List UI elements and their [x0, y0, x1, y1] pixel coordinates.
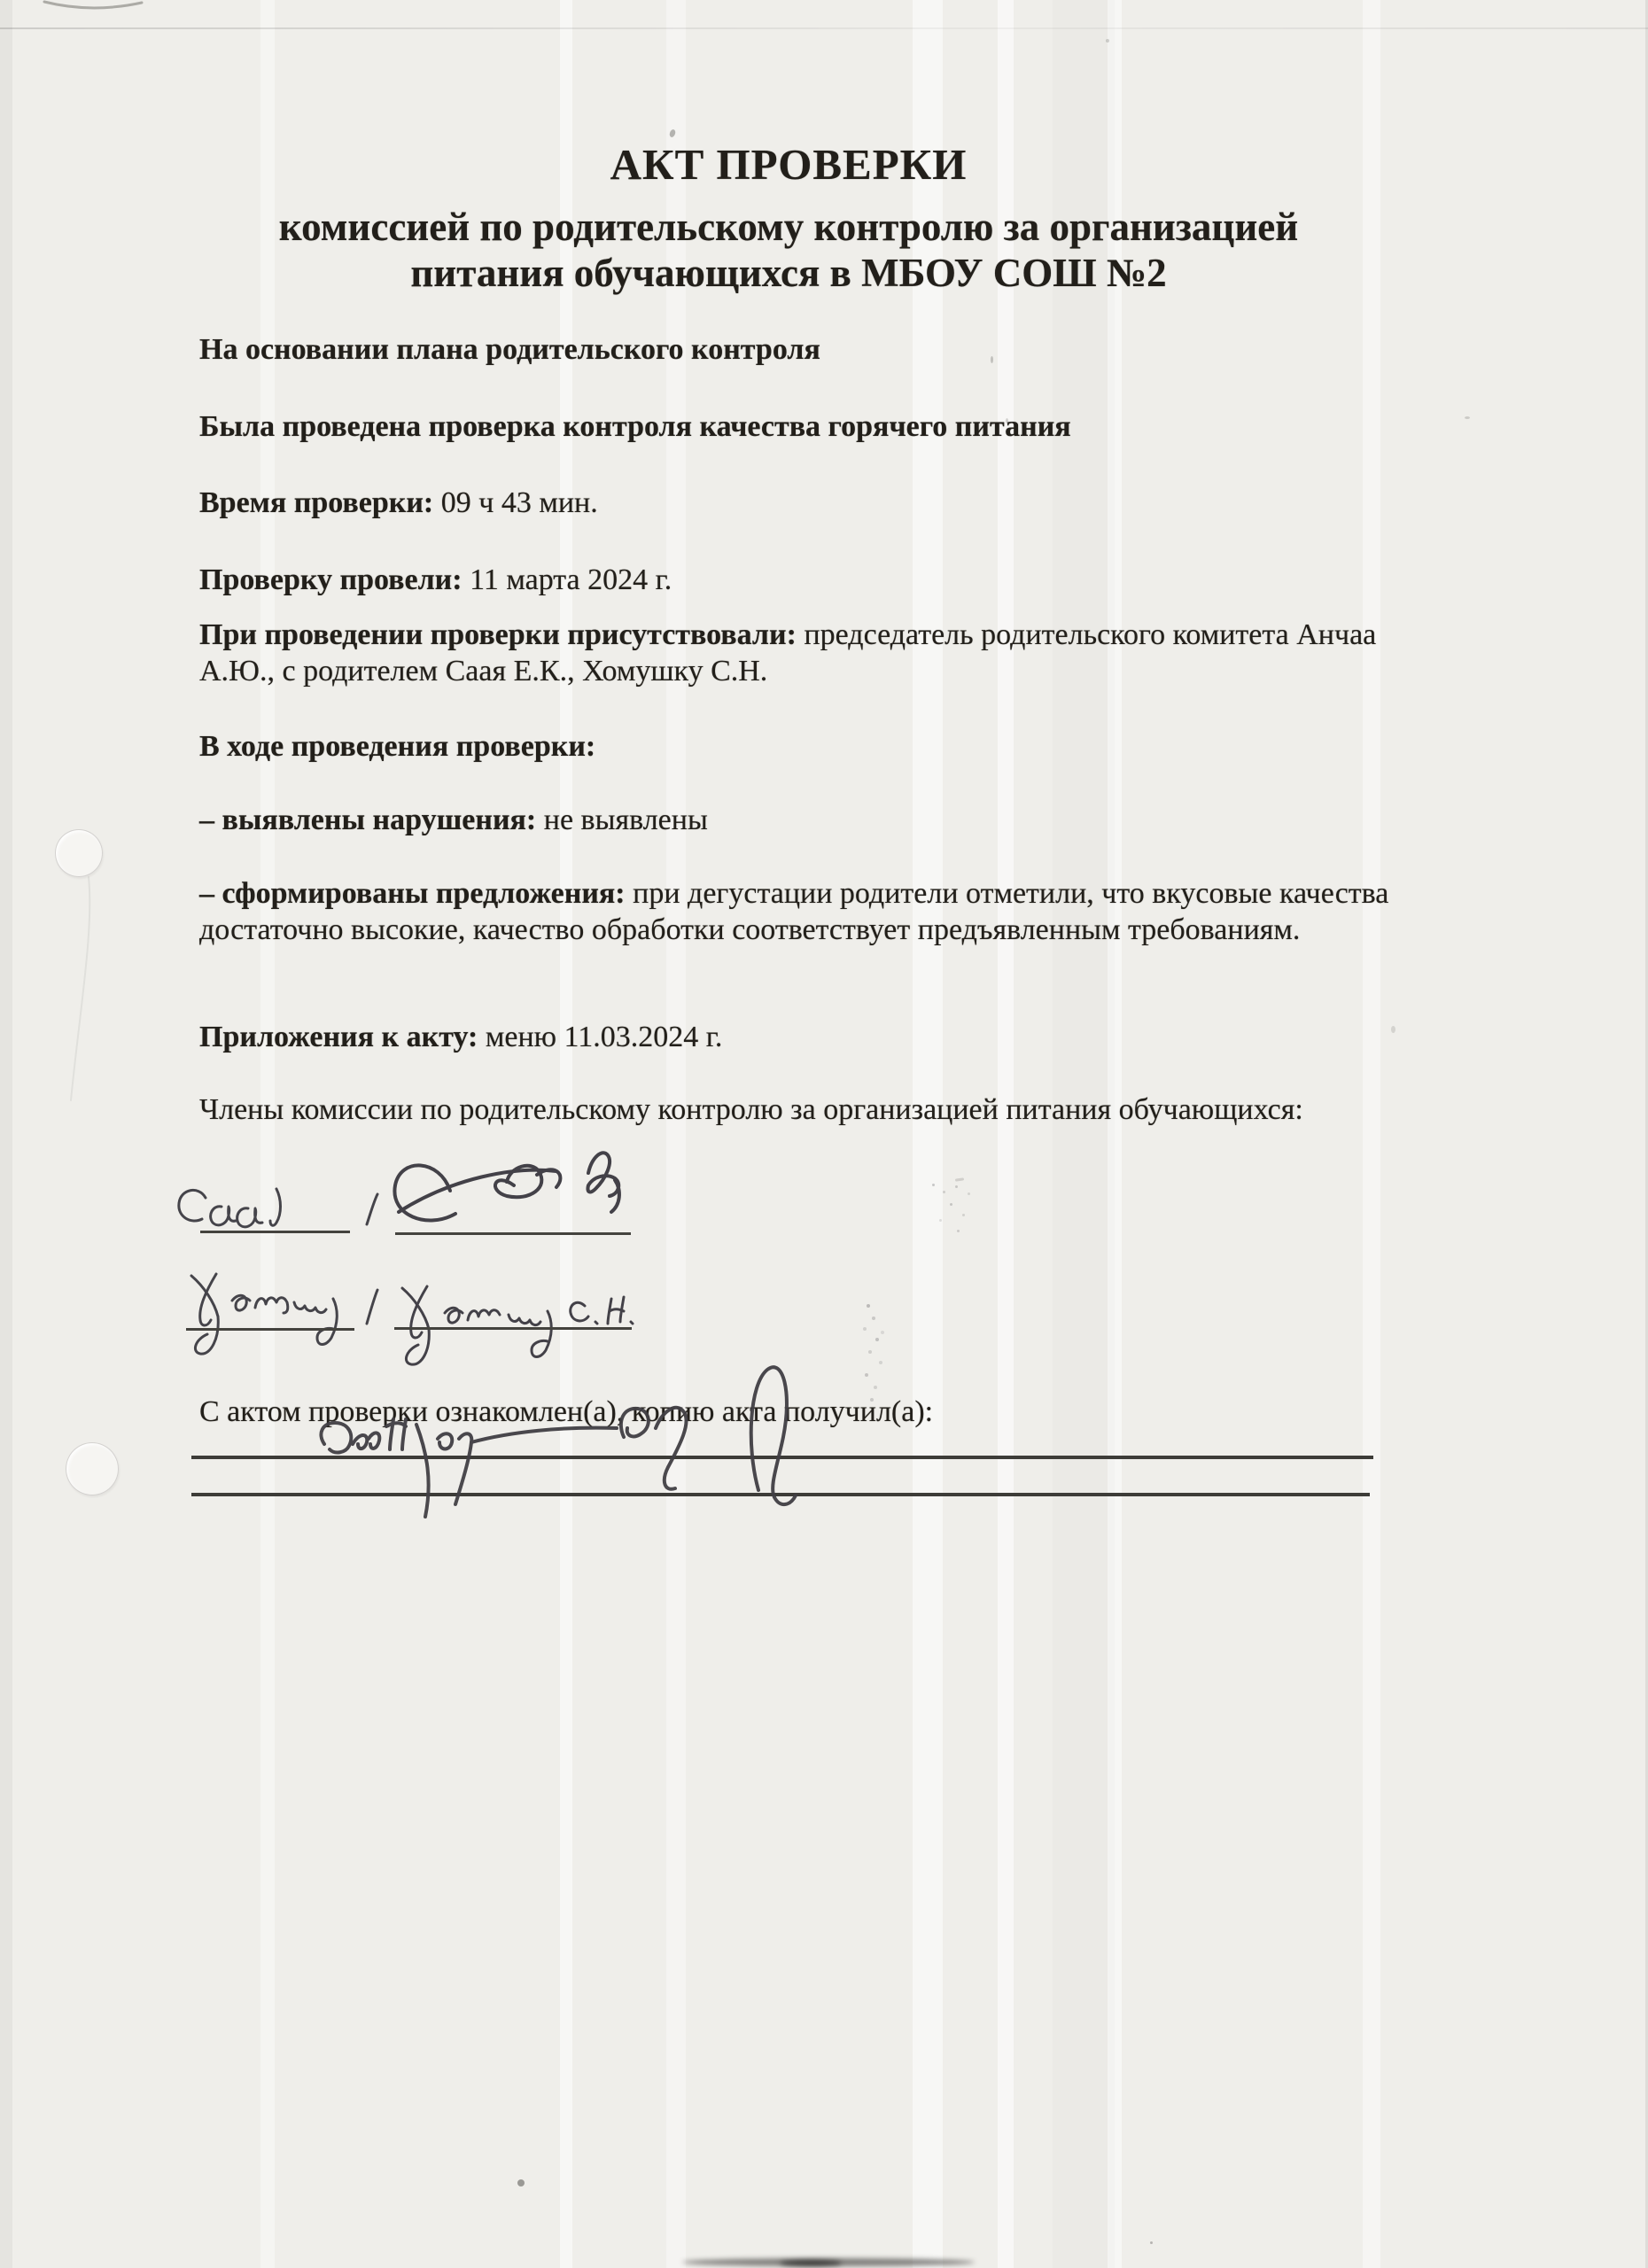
paragraph-inspection: Была проведена проверка контроля качеств…	[199, 408, 1440, 445]
hole-punch-mark	[55, 829, 103, 877]
pencil-smudge	[867, 1304, 870, 1308]
present-label: При проведении проверки присутствовали:	[199, 618, 797, 651]
scan-speck	[1150, 2241, 1153, 2244]
time-label: Время проверки:	[199, 486, 433, 519]
document-title: АКТ ПРОВЕРКИ комиссией по родительскому …	[133, 138, 1444, 296]
signature-saaya-full	[381, 1136, 638, 1247]
violations-label: – выявлены нарушения:	[199, 804, 536, 836]
scan-speck	[517, 2179, 525, 2186]
scan-edge-shadow	[0, 0, 12, 2268]
scan-speck	[669, 128, 677, 138]
scan-corner-artifact	[0, 0, 177, 35]
time-value: 09 ч 43 мин.	[441, 486, 598, 519]
scan-speck	[1106, 39, 1109, 43]
signature-separator-slash	[363, 1286, 381, 1327]
paper-crease-line	[62, 877, 106, 1107]
signature-line	[200, 1231, 350, 1233]
scanned-document-page: АКТ ПРОВЕРКИ комиссией по родительскому …	[0, 0, 1648, 2268]
signature-line	[186, 1328, 354, 1331]
signature-separator-slash	[363, 1191, 381, 1228]
proposals-label: – сформированы предложения:	[199, 877, 626, 910]
scan-top-line	[0, 27, 1648, 29]
title-line-2: комиссией по родительскому контролю за о…	[133, 204, 1444, 250]
during-label: В ходе проведения проверки:	[199, 730, 595, 763]
scan-speck	[955, 1177, 964, 1181]
signature-director	[298, 1340, 847, 1526]
scan-speck	[991, 356, 993, 363]
title-line-1: АКТ ПРОВЕРКИ	[133, 138, 1444, 191]
signature-line	[394, 1327, 632, 1330]
signature-line	[395, 1232, 631, 1235]
scan-speck	[1006, 418, 1008, 423]
hole-punch-mark	[66, 1442, 119, 1495]
paragraph-present: При проведении проверки присутствовали: …	[199, 617, 1391, 689]
scan-speck	[1465, 416, 1470, 419]
attachments-label: Приложения к акту:	[199, 1021, 478, 1053]
paragraph-time: Время проверки: 09 ч 43 мин.	[199, 485, 1440, 521]
conducted-label: Проверку провели:	[199, 563, 463, 596]
paragraph-basis: На основании плана родительского контрол…	[199, 331, 1440, 368]
title-line-3: питания обучающихся в МБОУ СОШ №2	[133, 250, 1444, 296]
violations-value: не выявлены	[544, 804, 708, 836]
conducted-value: 11 марта 2024 г.	[470, 563, 672, 596]
scan-speck	[1391, 1026, 1395, 1033]
paragraph-conducted: Проверку провели: 11 марта 2024 г.	[199, 562, 1440, 598]
paragraph-during: В ходе проведения проверки:	[199, 728, 1440, 765]
paragraph-proposals: – сформированы предложения: при дегустац…	[199, 875, 1404, 948]
paragraph-attachments: Приложения к акту: меню 11.03.2024 г.	[199, 1019, 1440, 1055]
basis-text: На основании плана родительского контрол…	[199, 333, 820, 366]
inspection-text: Была проведена проверка контроля качеств…	[199, 410, 1071, 443]
scan-bottom-smudge	[780, 2260, 842, 2266]
pencil-dots	[932, 1184, 935, 1186]
members-heading-text: Члены комиссии по родительскому контролю…	[199, 1093, 1303, 1126]
paragraph-violations: – выявлены нарушения: не выявлены	[199, 802, 1440, 838]
paragraph-members-heading: Члены комиссии по родительскому контролю…	[199, 1091, 1422, 1128]
attachments-value: меню 11.03.2024 г.	[486, 1021, 723, 1053]
